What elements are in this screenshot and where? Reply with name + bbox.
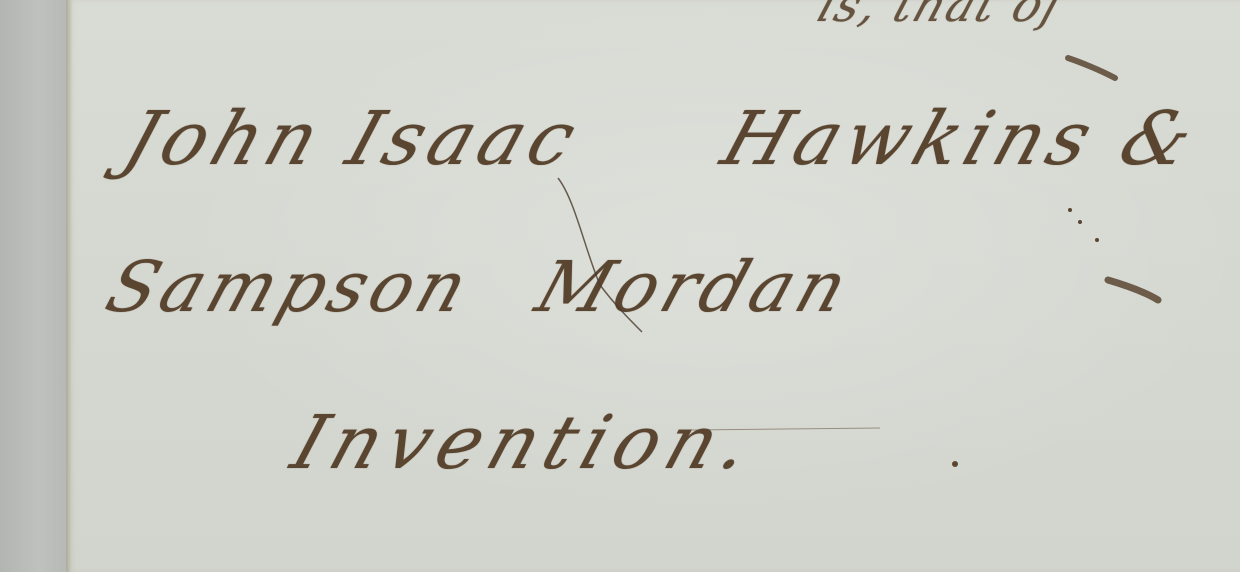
handwritten-name-john-isaac: John Isaac (114, 96, 592, 182)
mount-board (0, 0, 66, 572)
handwritten-line-partial-top: is, that of (811, 0, 1071, 32)
handwritten-name-mordan: Mordan (527, 246, 863, 328)
handwritten-name-sampson: Sampson (97, 246, 483, 328)
paper-edge (66, 0, 72, 572)
handwritten-name-hawkins: Hawkins & (712, 96, 1209, 182)
handwritten-word-invention: Invention. (282, 400, 769, 486)
